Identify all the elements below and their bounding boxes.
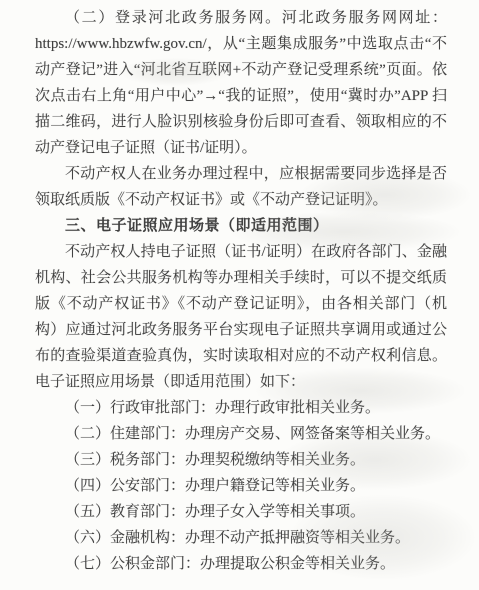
list-item-housing-construction: （二）住建部门：办理房产交易、网签备案等相关业务。 [35,421,447,447]
section-heading-application-scenes: 三、电子证照应用场景（即适用范围） [35,213,447,239]
paragraph-login-instructions: （二）登录河北政务服务网。河北政务服务网网址：https://www.hbzwf… [35,5,447,161]
paragraph-paper-certificate-choice: 不动产权人在业务办理过程中，应根据需要同步选择是否领取纸质版《不动产权证书》或《… [35,161,447,213]
list-item-taxation: （三）税务部门：办理契税缴纳等相关业务。 [35,447,447,473]
paragraph-usage-scope: 不动产权人持电子证照（证书/证明）在政府各部门、金融机构、社会公共服务机构等办理… [35,239,447,395]
list-item-administrative-approval: （一）行政审批部门：办理行政审批相关业务。 [35,395,447,421]
list-item-education: （五）教育部门：办理子女入学等相关事项。 [35,499,447,525]
list-item-financial-institution: （六）金融机构：办理不动产抵押融资等相关业务。 [35,525,447,551]
document-page: （二）登录河北政务服务网。河北政务服务网网址：https://www.hbzwf… [0,0,479,590]
list-item-public-security: （四）公安部门：办理户籍登记等相关业务。 [35,473,447,499]
list-item-housing-fund: （七）公积金部门：办理提取公积金等相关业务。 [35,551,447,577]
